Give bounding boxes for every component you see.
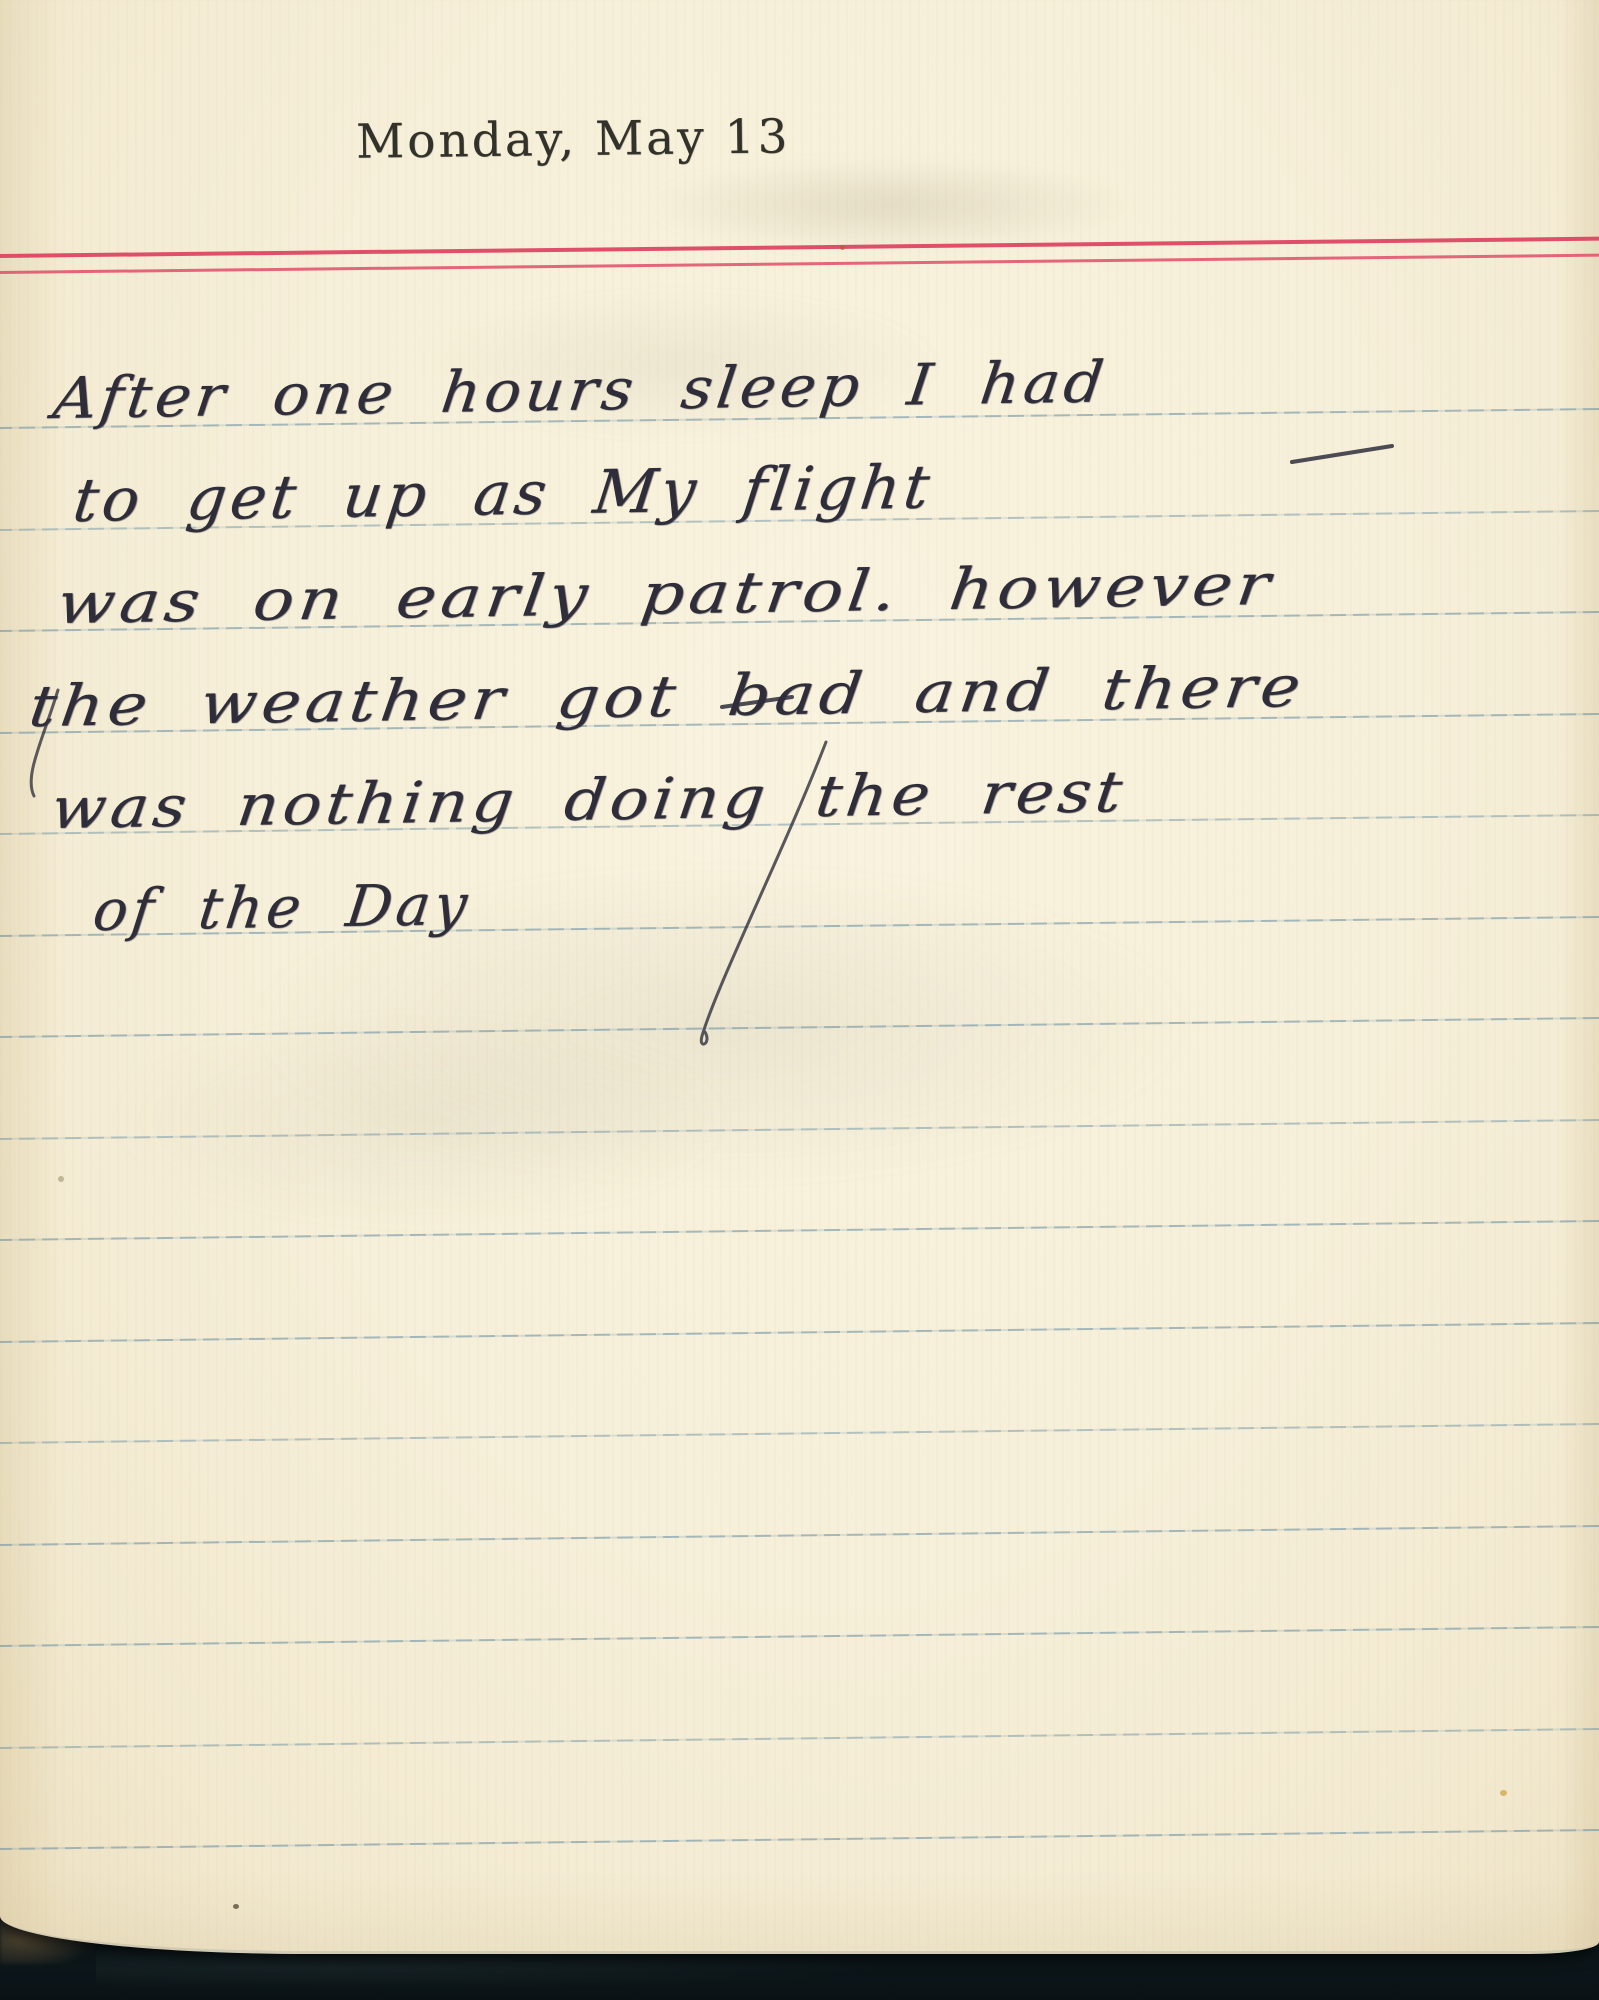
- scanned-diary-page: Monday, May 13 After one hours sleep I h…: [0, 0, 1599, 2000]
- diary-page: Monday, May 13 After one hours sleep I h…: [0, 0, 1599, 1954]
- pen-flourish-strokes: [0, 0, 1599, 1954]
